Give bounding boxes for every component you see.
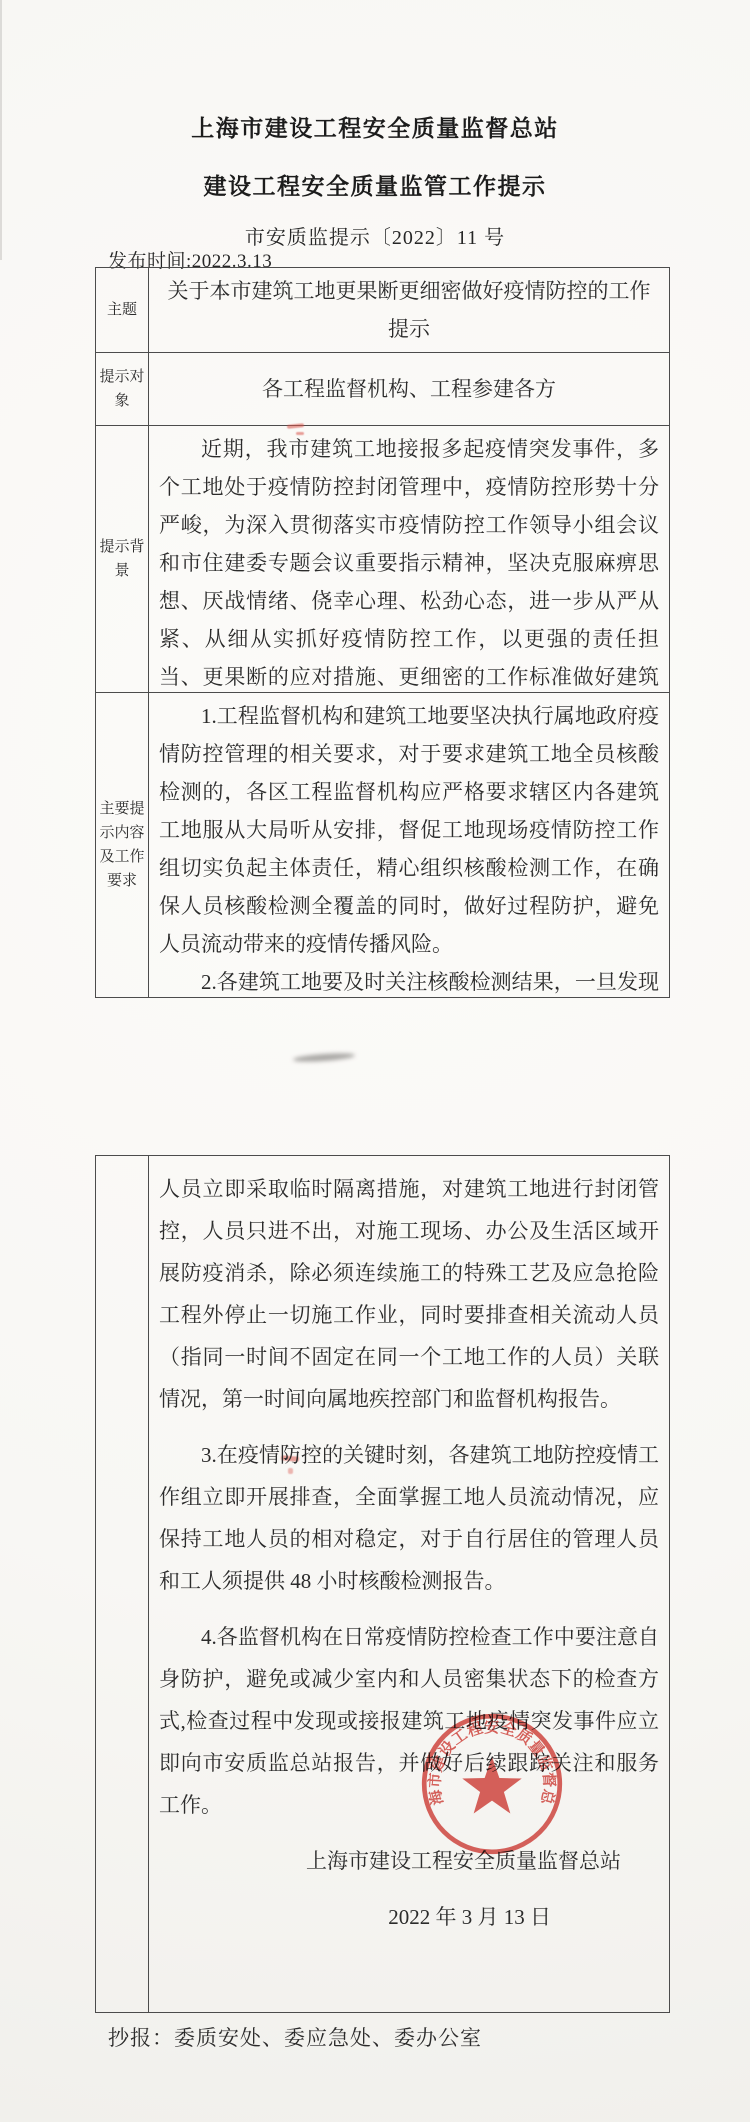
background-text: 近期，我市建筑工地接报多起疫情突发事件，多个工地处于疫情防控封闭管理中，疫情防控… xyxy=(149,426,669,692)
scanned-document-page: 上海市建设工程安全质量监督总站 建设工程安全质量监管工作提示 市安质监提示〔20… xyxy=(0,0,750,2122)
main-item-4: 4.各监督机构在日常疫情防控检查工作中要注意自身防护，避免或减少室内和人员密集状… xyxy=(159,1616,659,1826)
notice-table-page1: 主题 关于本市建筑工地更果断更细密做好疫情防控的工作提示 提示对象 各工程监督机… xyxy=(95,267,670,998)
main-item-2-part1: 2.各建筑工地要及时关注核酸检测结果，一旦发现报告结果异常，应立即启动应急预案，… xyxy=(159,963,659,997)
empty-label-cell xyxy=(96,1156,149,2012)
subject-label: 主题 xyxy=(96,268,149,352)
row-audience: 提示对象 各工程监督机构、工程参建各方 xyxy=(96,353,669,426)
main-content-text-page1: 1.工程监督机构和建筑工地要坚决执行属地政府疫情防控管理的相关要求，对于要求建筑… xyxy=(149,693,669,997)
subject-value: 关于本市建筑工地更果断更细密做好疫情防控的工作提示 xyxy=(149,268,669,352)
main-content-label: 主要提示内容及工作要求 xyxy=(96,693,149,997)
signature-org: 上海市建设工程安全质量监督总站 xyxy=(159,1840,659,1882)
background-paragraph: 近期，我市建筑工地接报多起疫情突发事件，多个工地处于疫情防控封闭管理中，疫情防控… xyxy=(159,430,659,692)
main-item-1: 1.工程监督机构和建筑工地要坚决执行属地政府疫情防控管理的相关要求，对于要求建筑… xyxy=(159,697,659,963)
notice-table-page2: 人员立即采取临时隔离措施，对建筑工地进行封闭管控，人员只进不出，对施工现场、办公… xyxy=(95,1155,670,2013)
row-subject: 主题 关于本市建筑工地更果断更细密做好疫情防控的工作提示 xyxy=(96,268,669,353)
red-ink-artifact xyxy=(296,432,304,435)
row-main-content-continued: 人员立即采取临时隔离措施，对建筑工地进行封闭管控，人员只进不出，对施工现场、办公… xyxy=(96,1156,669,2012)
row-background: 提示背景 近期，我市建筑工地接报多起疫情突发事件，多个工地处于疫情防控封闭管理中… xyxy=(96,426,669,693)
signature-date: 2022 年 3 月 13 日 xyxy=(159,1896,659,1938)
row-main-content: 主要提示内容及工作要求 1.工程监督机构和建筑工地要坚决执行属地政府疫情防控管理… xyxy=(96,693,669,997)
main-content-text-page2: 人员立即采取临时隔离措施，对建筑工地进行封闭管控，人员只进不出，对施工现场、办公… xyxy=(149,1156,669,2012)
scan-smudge-artifact xyxy=(293,1052,355,1063)
doc-title-line1: 上海市建设工程安全质量监督总站 xyxy=(0,110,750,143)
cc-distribution-line: 抄报：委质安处、委应急处、委办公室 xyxy=(108,2022,482,2052)
audience-label: 提示对象 xyxy=(96,353,149,425)
audience-value: 各工程监督机构、工程参建各方 xyxy=(149,353,669,425)
main-item-3: 3.在疫情防控的关键时刻，各建筑工地防控疫情工作组立即开展排查，全面掌握工地人员… xyxy=(159,1434,659,1602)
doc-title-line2: 建设工程安全质量监管工作提示 xyxy=(0,168,750,201)
background-label: 提示背景 xyxy=(96,426,149,692)
main-item-2-part2: 人员立即采取临时隔离措施，对建筑工地进行封闭管控，人员只进不出，对施工现场、办公… xyxy=(159,1168,659,1420)
